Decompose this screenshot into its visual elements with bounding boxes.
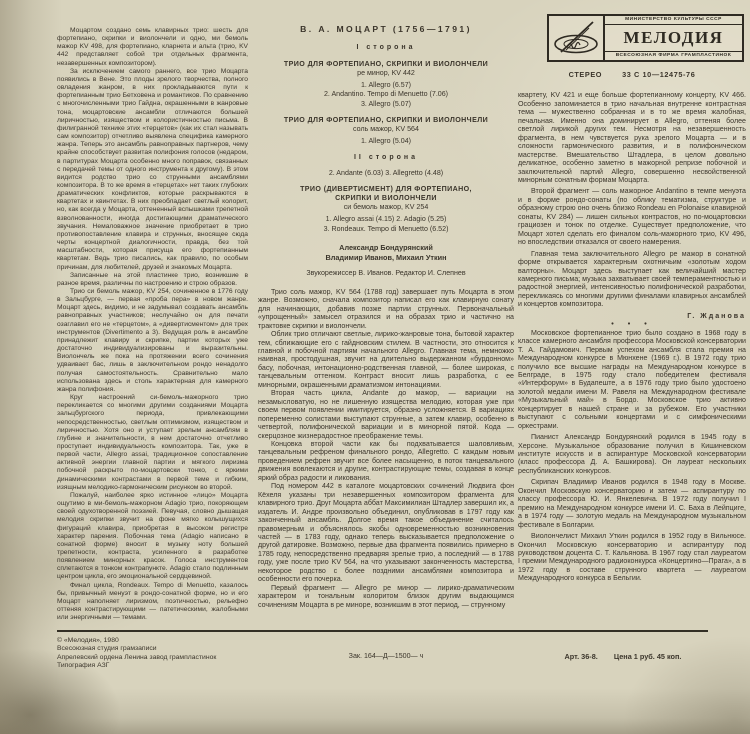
- body-paragraph: Первый фрагмент — Allegro ре минор — лир…: [258, 584, 514, 609]
- copyright-line: © «Мелодия», 1980: [57, 637, 292, 645]
- body-paragraph: Облик трио отличают светлые, лирико-жанр…: [258, 330, 514, 389]
- track-line: 2. Andantino. Tempo di Menuetto (7.06): [258, 90, 514, 99]
- work-title: СКРИПКИ И ВИОЛОНЧЕЛИ: [258, 194, 514, 203]
- body-paragraph: Пожалуй, наиболее ярко истинное «лицо» М…: [57, 492, 248, 582]
- melodiya-logo: МИНИСТЕРСТВО КУЛЬТУРЫ СССР МЕЛОДИЯ ВСЕСО…: [547, 14, 744, 62]
- logo-firm-text: ВСЕСОЮЗНАЯ ФИРМА ГРАМПЛАСТИНОК: [605, 51, 742, 60]
- article-price-line: Арт. 36-8. Цена 1 руб. 45 коп.: [500, 652, 746, 661]
- price: Цена 1 руб. 45 коп.: [614, 652, 682, 661]
- work-key: ре минор, KV 442: [258, 69, 514, 78]
- body-paragraph: Пианист Александр Бондурянский родился в…: [518, 433, 746, 475]
- body-paragraph: Круг настроений си-бемоль-мажорного трио…: [57, 394, 248, 492]
- composer-title: В. А. МОЦАРТ (1756—1791): [258, 25, 514, 33]
- work-title: ТРИО (ДИВЕРТИСМЕНТ) ДЛЯ ФОРТЕПИАНО,: [258, 185, 514, 194]
- side-two-label: II сторона: [258, 154, 514, 162]
- article-number: Арт. 36-8.: [565, 652, 598, 661]
- imprint-line: Апрелевский ордена Ленина завод грамплас…: [57, 654, 292, 662]
- body-paragraph: Финал цикла, Rondeaux. Tempo di Menuetto…: [57, 582, 248, 623]
- track-line: 2. Andante (6.03) 3. Allegretto (4.48): [258, 169, 514, 178]
- catalog-number: 33 С 10—12475-76: [622, 71, 695, 79]
- track-line: 1. Allegro (6.57): [258, 81, 514, 90]
- work-key: си бемоль мажор, KV 254: [258, 203, 514, 212]
- track-line: 3. Allegro (5.07): [258, 100, 514, 109]
- work-1: ТРИО ДЛЯ ФОРТЕПИАНО, СКРИПКИ И ВИОЛОНЧЕЛ…: [258, 60, 514, 109]
- performer-names: Владимир Иванов, Михаил Уткин: [258, 253, 514, 263]
- body-paragraph: Виолончелист Михаил Уткин родился в 1952…: [518, 532, 746, 583]
- annotation-author-signature: Г. Жданова: [518, 312, 746, 320]
- imprint-line: Типография АЗГ: [57, 662, 292, 670]
- record-sleeve-back: Моцартом создано семь клавирных трио: ше…: [0, 0, 750, 734]
- production-credits: Звукорежиссер В. Иванов. Редактор И. Сле…: [258, 269, 514, 277]
- track-line: 1. Allegro (5.04): [258, 137, 514, 146]
- performer-name: Александр Бондурянский: [258, 243, 514, 253]
- side-one-label: I сторона: [258, 44, 514, 52]
- left-column: Моцартом создано семь клавирных трио: ше…: [57, 27, 248, 628]
- track-line: 1. Allegro assai (4.15) 2. Adagio (5.25): [258, 215, 514, 224]
- body-paragraph: Второй фрагмент — соль мажорное Andantin…: [518, 187, 746, 246]
- body-paragraph: Главная тема заключительного Allegro ре …: [518, 250, 746, 309]
- stereo-label: СТЕРЕО: [569, 71, 602, 79]
- body-paragraph: Московское фортепианное трио было создан…: [518, 329, 746, 430]
- body-paragraph: Моцартом создано семь клавирных трио: ше…: [57, 27, 248, 68]
- body-paragraph: Трио соль мажор, KV 564 (1788 год) завер…: [258, 288, 514, 330]
- work-title: ТРИО ДЛЯ ФОРТЕПИАНО, СКРИПКИ И ВИОЛОНЧЕЛ…: [258, 60, 514, 69]
- logo-ministry-text: МИНИСТЕРСТВО КУЛЬТУРЫ СССР: [605, 16, 742, 25]
- body-paragraph: Концовка второй части как бы подхватывае…: [258, 440, 514, 482]
- imprint-line: Всесоюзная студия грамзаписи: [57, 645, 292, 653]
- imprint-block: © «Мелодия», 1980 Всесоюзная студия грам…: [57, 637, 292, 671]
- catalog-number-line: СТЕРЕО 33 С 10—12475-76: [518, 71, 746, 79]
- tracklist-header: В. А. МОЦАРТ (1756—1791) I сторона ТРИО …: [258, 25, 514, 278]
- section-separator: • • •: [518, 320, 746, 328]
- work-title: ТРИО ДЛЯ ФОРТЕПИАНО, СКРИПКИ И ВИОЛОНЧЕЛ…: [258, 116, 514, 125]
- order-number: Зак. 164—Д—1500— ч: [258, 652, 514, 660]
- right-column: МИНИСТЕРСТВО КУЛЬТУРЫ СССР МЕЛОДИЯ ВСЕСО…: [518, 14, 746, 628]
- work-3: ТРИО (ДИВЕРТИСМЕНТ) ДЛЯ ФОРТЕПИАНО, СКРИ…: [258, 185, 514, 234]
- work-key: соль мажор, KV 564: [258, 125, 514, 134]
- melodiya-record-emblem-icon: [549, 16, 605, 60]
- body-paragraph: квартету, KV 421 и еще больше фортепианн…: [518, 91, 746, 184]
- performers: Александр Бондурянский Владимир Иванов, …: [258, 243, 514, 262]
- logo-brand-text: МЕЛОДИЯ: [605, 25, 742, 51]
- body-paragraph: Трио си бемоль мажор, KV 254, сочиненное…: [57, 288, 248, 394]
- work-2: ТРИО ДЛЯ ФОРТЕПИАНО, СКРИПКИ И ВИОЛОНЧЕЛ…: [258, 116, 514, 146]
- track-line: 3. Rondeaux. Tempo di Menuetto (6.52): [258, 225, 514, 234]
- body-paragraph: Записанные на этой пластинке трио, возни…: [57, 272, 248, 288]
- body-paragraph: Под номером 442 в каталоге моцартовских …: [258, 482, 514, 583]
- center-column: В. А. МОЦАРТ (1756—1791) I сторона ТРИО …: [258, 25, 514, 629]
- body-paragraph: За исключением самого раннего, все трио …: [57, 68, 248, 272]
- body-paragraph: Скрипач Владимир Иванов родился в 1948 г…: [518, 478, 746, 529]
- body-paragraph: Вторая часть цикла, Andante до мажор, — …: [258, 389, 514, 440]
- footer-rule: [57, 630, 708, 632]
